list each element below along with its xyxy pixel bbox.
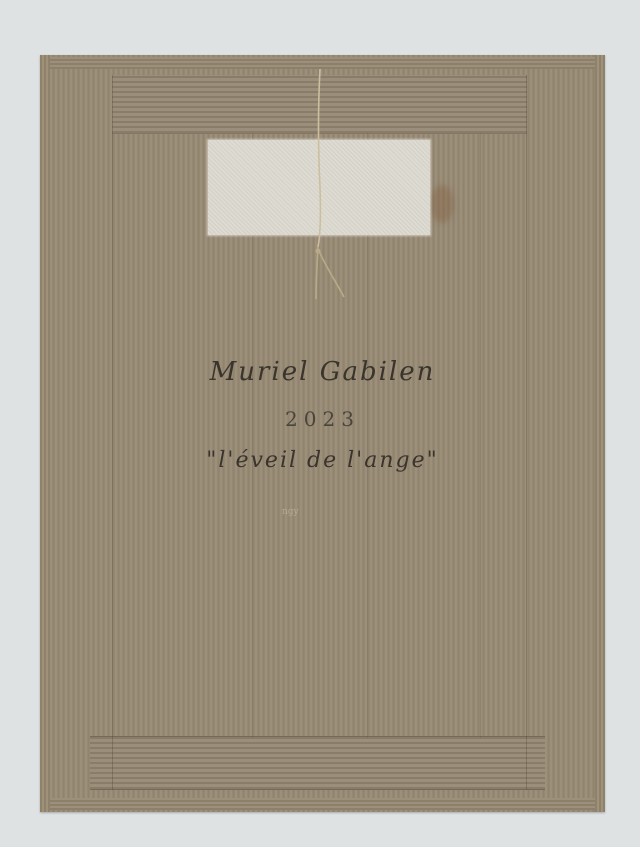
artwork-back-board: Muriel Gabilen 2023 "l'éveil de l'ange" …: [40, 55, 605, 812]
faint-mark: ngy: [282, 507, 299, 517]
frame-edge-right: [595, 55, 605, 812]
paper-strip-bottom: [90, 736, 545, 790]
stain: [430, 185, 454, 223]
seam-right: [526, 75, 527, 790]
seam-inner-3: [480, 133, 481, 738]
frame-edge-left: [40, 55, 50, 812]
frame-edge-bottom: [50, 798, 595, 810]
seam-left: [112, 75, 113, 790]
artist-signature: Muriel Gabilen: [40, 357, 605, 387]
twine-hanger: [300, 67, 360, 307]
year-text: 2023: [40, 407, 605, 431]
artwork-title: "l'éveil de l'ange": [40, 448, 605, 473]
